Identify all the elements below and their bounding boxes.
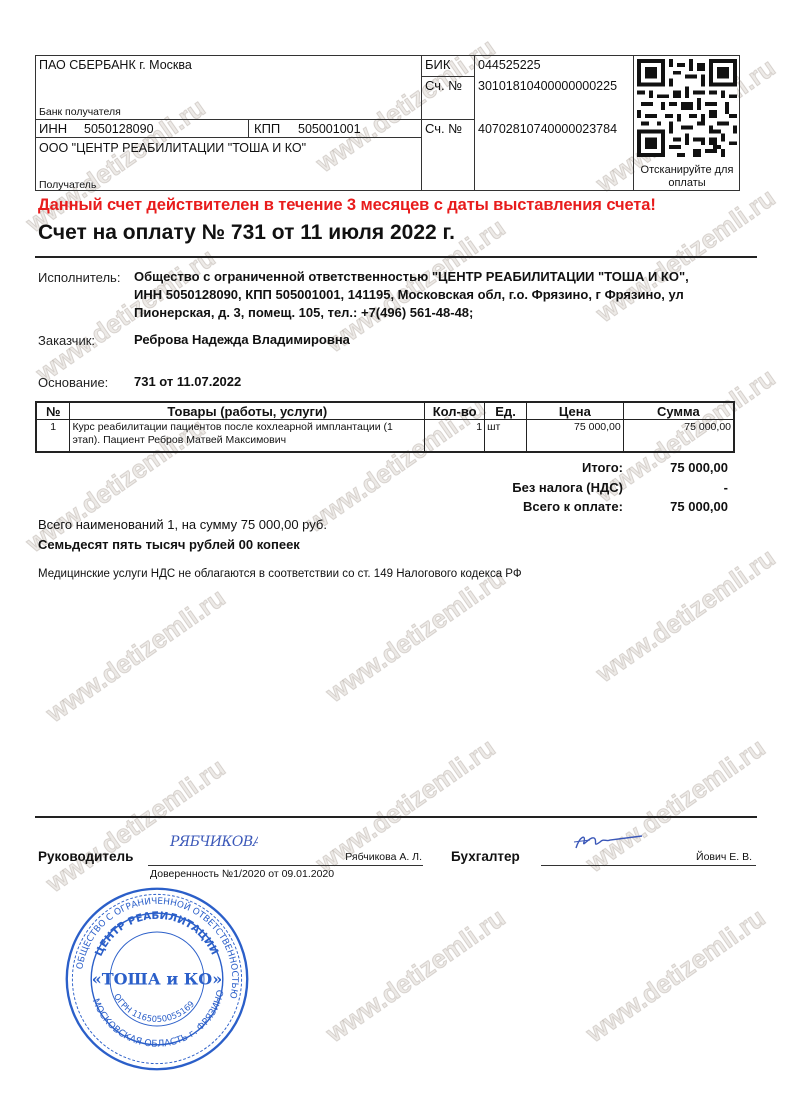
validity-warning: Данный счет действителен в течение 3 мес… <box>38 196 656 215</box>
signature-divider <box>35 816 757 818</box>
bank-name: ПАО СБЕРБАНК г. Москва <box>39 58 192 72</box>
director-signature-icon: РЯБЧИКОВА <box>168 826 258 854</box>
executor-line-2: ИНН 5050128090, КПП 505001001, 141195, М… <box>134 286 684 304</box>
corr-account-value: 30101810400000000225 <box>478 79 617 93</box>
vat-label: Без налога (НДС) <box>423 480 623 495</box>
col-header-number: № <box>36 402 70 420</box>
col-header-sum: Сумма <box>623 402 734 420</box>
col-header-goods: Товары (работы, услуги) <box>70 402 425 420</box>
inn-label: ИНН <box>39 122 67 136</box>
table-row: 1 Курс реабилитации пациентов после кохл… <box>36 420 734 453</box>
total-value: 75 000,00 <box>608 460 728 475</box>
cell-description: Курс реабилитации пациентов после кохлеа… <box>70 420 425 453</box>
watermark: www.detizemli.ru <box>40 582 231 729</box>
executor-line-3: Пионерская, д. 3, помещ. 105, тел.: +7(4… <box>134 304 473 322</box>
executor-label: Исполнитель: <box>38 270 120 285</box>
kpp-value: 505001001 <box>298 122 361 136</box>
accountant-name: Йович Е. В. <box>600 851 752 863</box>
executor-line-1: Общество с ограниченной ответственностью… <box>134 268 689 286</box>
qr-caption: Отсканируйте для оплаты <box>634 164 740 190</box>
divider <box>474 56 475 190</box>
vat-value: - <box>608 480 728 495</box>
divider <box>36 137 421 138</box>
watermark: www.detizemli.ru <box>320 562 511 709</box>
customer-value: Реброва Надежда Владимировна <box>134 331 350 349</box>
accountant-label: Бухгалтер <box>451 849 520 864</box>
divider <box>421 76 474 77</box>
amount-in-words: Семьдесят пять тысяч рублей 00 копеек <box>38 537 300 552</box>
bank-caption: Банк получателя <box>39 105 121 119</box>
cell-price: 75 000,00 <box>527 420 624 453</box>
col-header-unit: Ед. <box>485 402 527 420</box>
cell-number: 1 <box>36 420 70 453</box>
header-divider <box>35 256 757 258</box>
svg-text:ОГРН 1165050055169: ОГРН 1165050055169 <box>112 992 196 1024</box>
kpp-label: КПП <box>254 122 280 136</box>
director-signature-line <box>148 865 423 866</box>
total-label: Итого: <box>423 460 623 475</box>
customer-label: Заказчик: <box>38 333 95 348</box>
cell-quantity: 1 <box>425 420 485 453</box>
col-header-quantity: Кол-во <box>425 402 485 420</box>
qr-code-icon[interactable] <box>637 59 737 157</box>
items-table: № Товары (работы, услуги) Кол-во Ед. Цен… <box>35 401 735 453</box>
payable-value: 75 000,00 <box>608 499 728 514</box>
divider <box>248 119 249 137</box>
account-value: 40702810740000023784 <box>478 122 617 136</box>
col-header-price: Цена <box>527 402 624 420</box>
bik-value: 044525225 <box>478 58 541 72</box>
invoice-title: Счет на оплату № 731 от 11 июля 2022 г. <box>38 221 455 245</box>
corr-account-label: Сч. № <box>425 79 462 93</box>
company-stamp-icon: ОБЩЕСТВО С ОГРАНИЧЕННОЙ ОТВЕТСТВЕННОСТЬЮ… <box>63 885 251 1073</box>
divider <box>36 119 474 120</box>
accountant-signature-line <box>541 865 756 866</box>
cell-unit: шт <box>485 420 527 453</box>
basis-label: Основание: <box>38 375 108 390</box>
cell-sum: 75 000,00 <box>623 420 734 453</box>
recipient-name: ООО "ЦЕНТР РЕАБИЛИТАЦИИ "ТОША И КО" <box>39 141 306 155</box>
account-label: Сч. № <box>425 122 462 136</box>
bik-label: БИК <box>425 58 450 72</box>
watermark: www.detizemli.ru <box>320 902 511 1049</box>
basis-value: 731 от 11.07.2022 <box>134 373 241 391</box>
director-name: Рябчикова А. Л. <box>230 851 422 863</box>
vat-exemption-note: Медицинские услуги НДС не облагаются в с… <box>38 568 522 580</box>
watermark: www.detizemli.ru <box>580 902 771 1049</box>
director-label: Руководитель <box>38 849 133 864</box>
svg-text:«ТОША и КО»: «ТОША и КО» <box>92 970 222 989</box>
inn-value: 5050128090 <box>84 122 154 136</box>
payable-label: Всего к оплате: <box>423 499 623 514</box>
power-of-attorney: Доверенность №1/2020 от 09.01.2020 <box>150 868 334 880</box>
items-count-summary: Всего наименований 1, на сумму 75 000,00… <box>38 517 327 532</box>
recipient-caption: Получатель <box>39 178 96 192</box>
bank-details-block: ПАО СБЕРБАНК г. Москва Банк получателя И… <box>35 55 740 191</box>
watermark: www.detizemli.ru <box>590 542 781 689</box>
svg-text:РЯБЧИКОВА: РЯБЧИКОВА <box>169 834 258 850</box>
table-header-row: № Товары (работы, услуги) Кол-во Ед. Цен… <box>36 402 734 420</box>
